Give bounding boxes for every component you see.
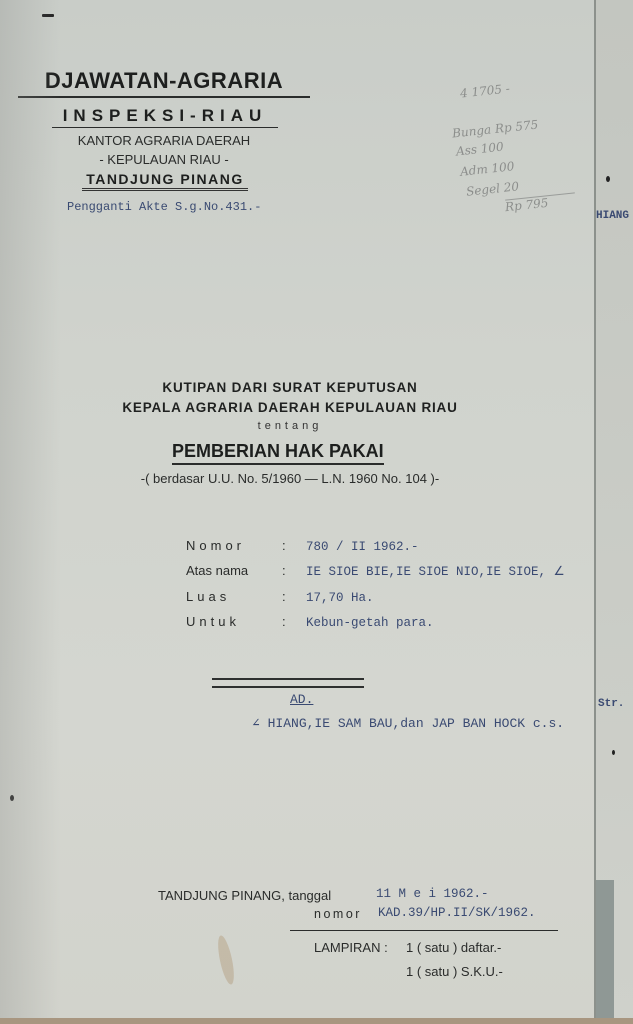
field-colon: : [282, 563, 306, 578]
stain [215, 934, 237, 985]
replacement-note: Pengganti Akte S.g.No.431.- [67, 200, 261, 214]
ink-spot [606, 176, 610, 182]
field-row-untuk: Untuk:Kebun-getah para. [186, 614, 434, 630]
pencil-note-2: Bunga Rp 575 [452, 118, 539, 141]
ink-spot [612, 750, 615, 755]
field-colon: : [282, 589, 306, 604]
attachment-text: 1 ( satu ) daftar.- [406, 940, 501, 955]
letterhead-city: TANDJUNG PINANG [82, 171, 248, 191]
field-value: Kebun-getah para. [306, 616, 434, 630]
table-surface [0, 1018, 633, 1024]
ink-mark [42, 14, 54, 17]
ink-spot [10, 795, 14, 801]
pencil-note-6: Rp 795 [504, 196, 549, 214]
addendum-text: ∠ HIANG,IE SAM BAU,dan JAP BAN HOCK c.s. [252, 716, 564, 731]
footer-nomor-label: nomor [314, 907, 362, 921]
heading-connector: tentang [60, 420, 520, 432]
footer-place: TANDJUNG PINANG, tanggal [158, 888, 331, 903]
legal-basis: -( berdasar U.U. No. 5/1960 — L.N. 1960 … [60, 471, 520, 486]
pencil-note-4: Adm 100 [459, 159, 515, 179]
document-page: DJAWATAN-AGRARIA INSPEKSI-RIAU KANTOR AG… [0, 0, 594, 1024]
field-colon: : [282, 538, 306, 553]
field-label: Luas [186, 589, 282, 604]
section-divider [212, 678, 364, 688]
heading-line-1: KUTIPAN DARI SURAT KEPUTUSAN [60, 380, 520, 395]
agency-title: DJAWATAN-AGRARIA [18, 68, 310, 98]
field-row-atas-nama: Atas nama:IE SIOE BIE,IE SIOE NIO,IE SIO… [186, 563, 565, 579]
office-line-1: KANTOR AGRARIA DAERAH [34, 133, 294, 148]
field-value: IE SIOE BIE,IE SIOE NIO,IE SIOE, ∠ [306, 565, 565, 579]
pencil-note-5: Segel 20 [465, 179, 519, 198]
attachment-1: LAMPIRAN :1 ( satu ) daftar.- [314, 940, 501, 955]
pencil-note-3: Ass 100 [455, 140, 504, 159]
pencil-note-1: 4 1705 - [459, 81, 510, 100]
heading-line-2: KEPALA AGRARIA DAERAH KEPULAUAN RIAU [60, 400, 520, 415]
field-colon: : [282, 614, 306, 629]
page-shadow [596, 880, 614, 1024]
addendum-label: AD. [290, 692, 313, 707]
field-label: Untuk [186, 614, 282, 629]
field-label: Atas nama [186, 563, 282, 578]
office-line-2: - KEPULAUAN RIAU - [34, 152, 294, 167]
footer-nomor-value: KAD.39/HP.II/SK/1962. [378, 906, 536, 920]
footer-rule [290, 930, 558, 931]
field-row-luas: Luas:17,70 Ha. [186, 589, 374, 605]
attachment-text: 1 ( satu ) S.K.U.- [406, 964, 503, 979]
margin-text-str: Str. [598, 698, 624, 710]
field-value: 780 / II 1962.- [306, 540, 419, 554]
underlying-page: HIANG Str. [594, 0, 633, 1024]
attachment-label: LAMPIRAN : [314, 940, 406, 955]
field-row-nomor: Nomor:780 / II 1962.- [186, 538, 419, 554]
margin-text-hiang: HIANG [596, 210, 629, 222]
attachment-2: 1 ( satu ) S.K.U.- [314, 964, 503, 979]
footer-date: 11 M e i 1962.- [376, 887, 489, 901]
field-label: Nomor [186, 538, 282, 553]
field-value: 17,70 Ha. [306, 591, 374, 605]
inspectorate-title: INSPEKSI-RIAU [52, 106, 278, 128]
document-title: PEMBERIAN HAK PAKAI [172, 441, 384, 465]
